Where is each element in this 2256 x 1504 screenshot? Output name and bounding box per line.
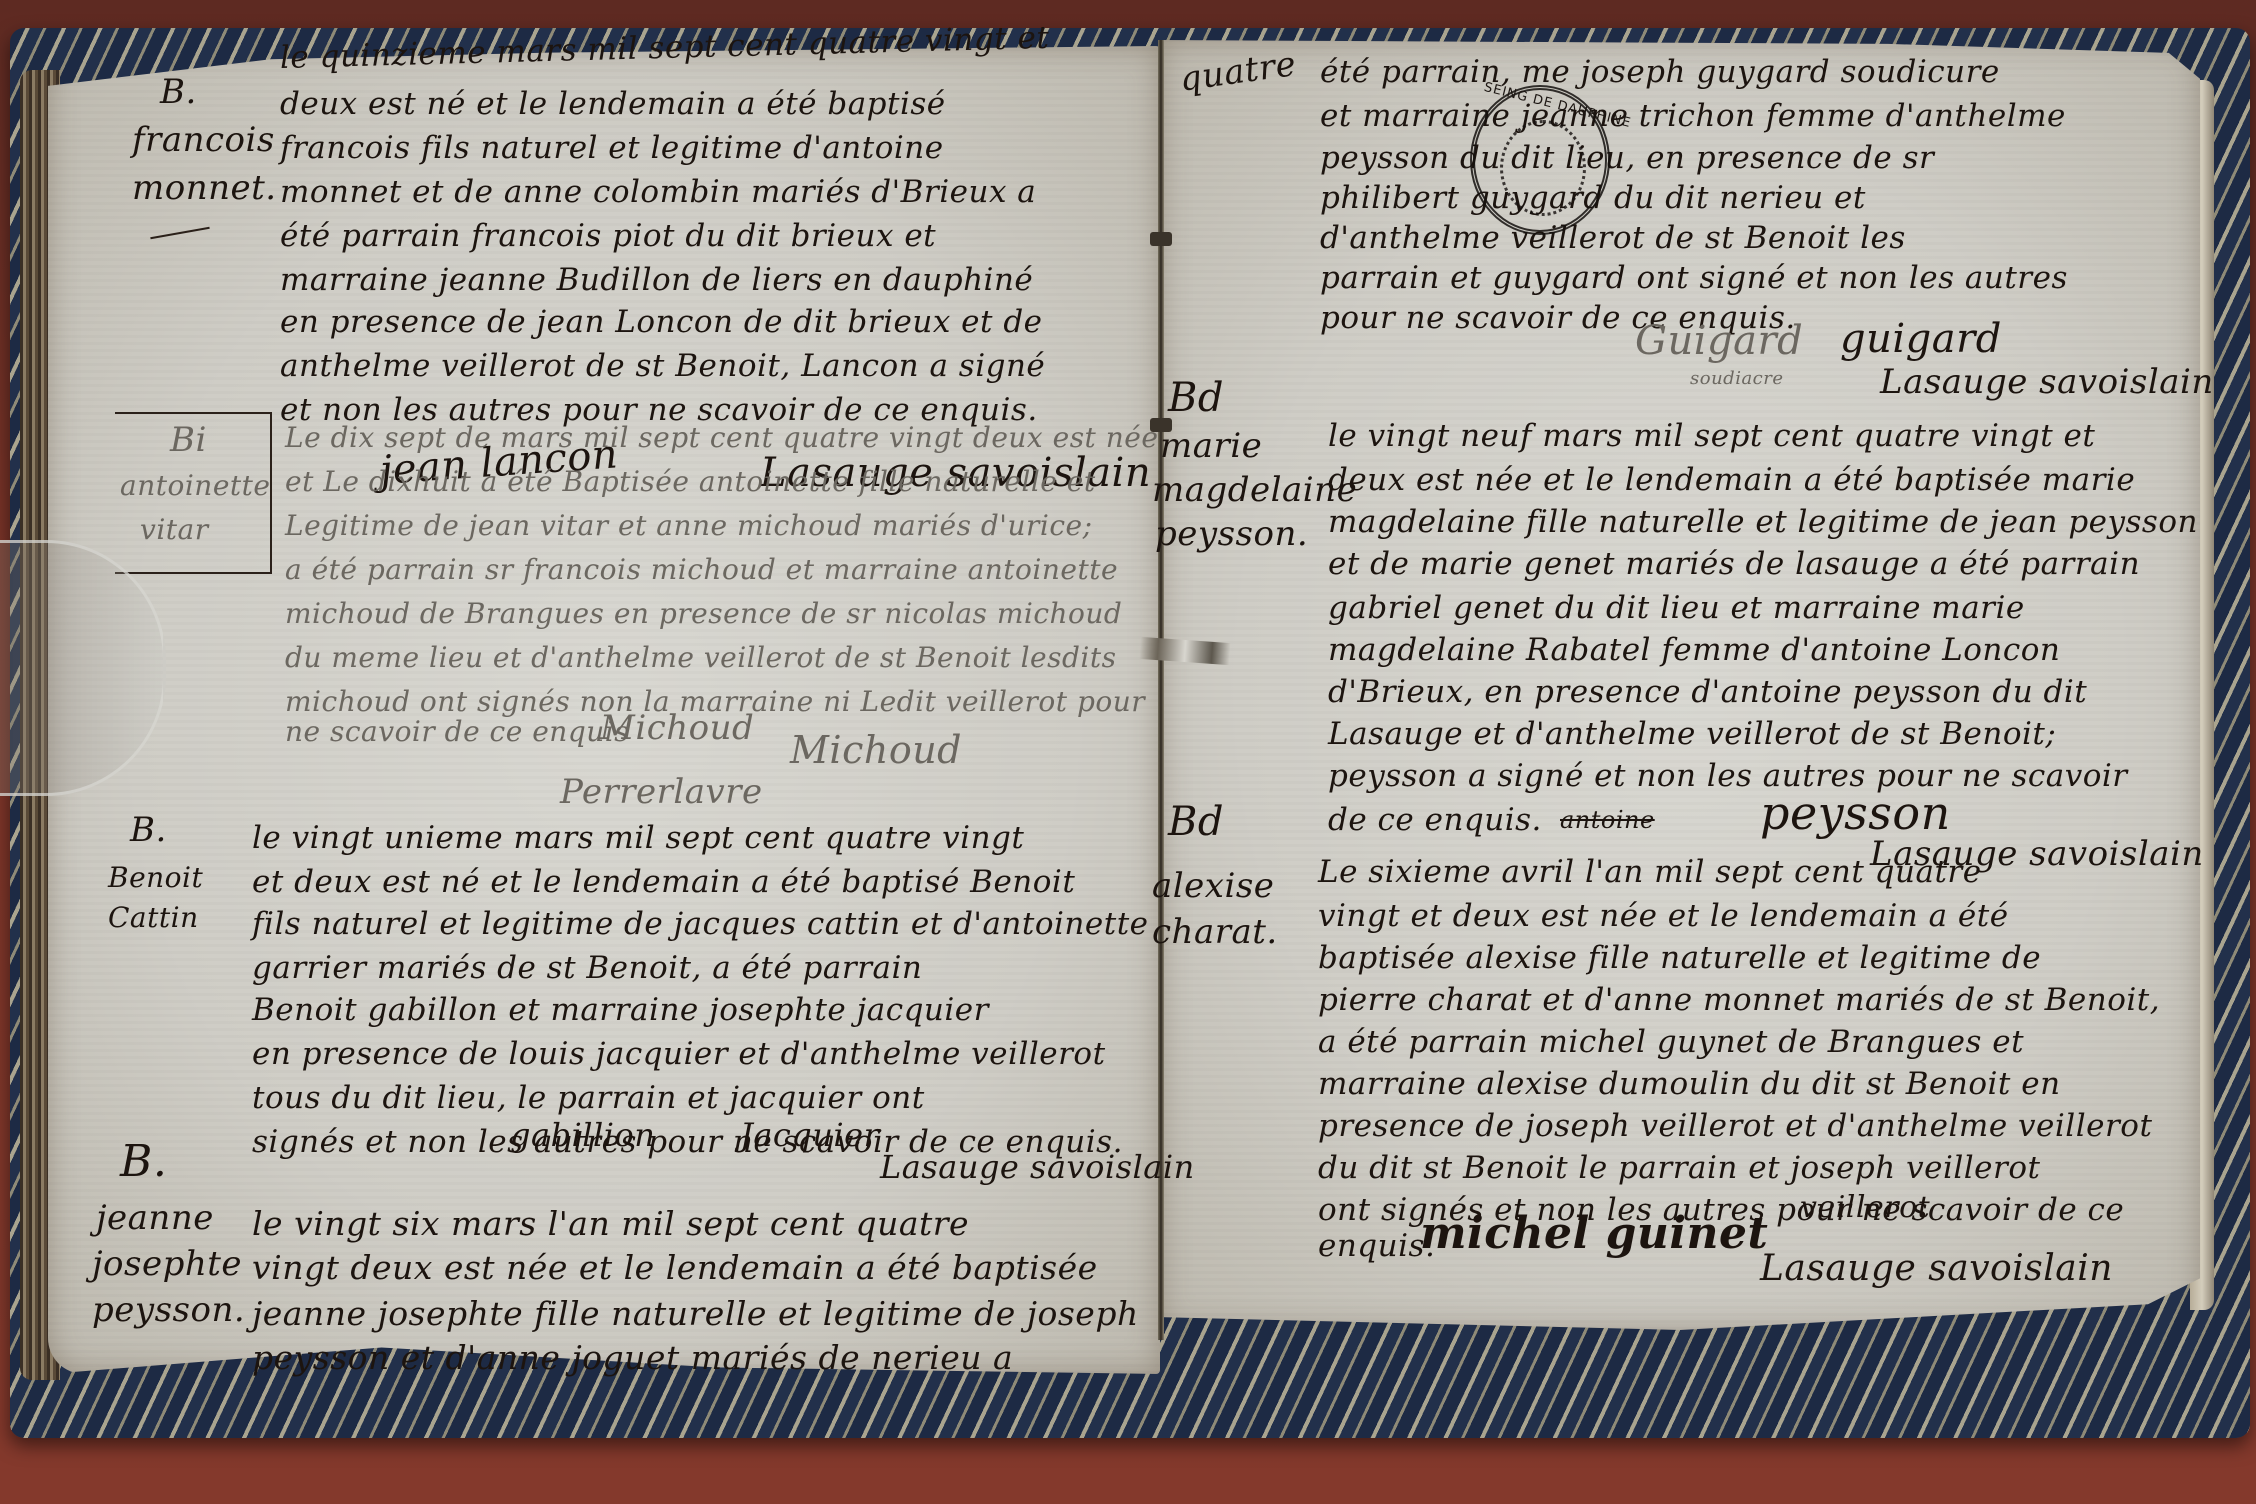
entry-line: et marraine jeanne trichon femme d'anthe… [1320, 92, 2066, 140]
entry-line: le vingt six mars l'an mil sept cent qua… [252, 1200, 969, 1248]
entry-line: garrier mariés de st Benoit, a été parra… [252, 944, 922, 992]
stamp-emblem [1500, 120, 1586, 216]
entry-line: francois fils naturel et legitime d'anto… [280, 124, 944, 172]
struck-word: antoine [1560, 796, 1655, 844]
entry-line: été parrain francois piot du dit brieux … [280, 212, 936, 260]
entry-line: baptisée alexise fille naturelle et legi… [1318, 934, 2041, 982]
signature: Michoud [600, 708, 754, 748]
entry-line: Lasauge et d'anthelme veillerot de st Be… [1328, 710, 2056, 758]
entry-line: peysson et d'anne joguet mariés de nerie… [252, 1334, 1013, 1382]
margin-note: peysson. [92, 1288, 245, 1332]
binding-stitch [1150, 232, 1172, 246]
entry-line: Le sixieme avril l'an mil sept cent quat… [1318, 848, 1982, 896]
signature: Lasauge savoislain [880, 1148, 1195, 1186]
entry-line: michoud de Brangues en presence de sr ni… [285, 590, 1122, 638]
entry-line: vingt et deux est née et le lendemain a … [1318, 892, 2009, 940]
entry-line: gabriel genet du dit lieu et marraine ma… [1328, 584, 2025, 632]
signature: guigard [1840, 316, 2002, 362]
entry-line: en presence de jean Loncon de dit brieux… [280, 298, 1043, 346]
entry-line: peysson a signé et non les autres pour n… [1328, 752, 2128, 800]
margin-note: B. [120, 1140, 167, 1184]
entry-line: a été parrain michel guynet de Brangues … [1318, 1018, 2024, 1066]
entry-line: marraine jeanne Budillon de liers en dau… [280, 256, 1033, 304]
margin-note: charat. [1152, 910, 1278, 954]
signature: Michoud [790, 728, 962, 772]
signature-title: soudiacre [1690, 368, 1784, 389]
entry-line: fils naturel et legitime de jacques catt… [252, 900, 1149, 948]
margin-note: Benoit [108, 856, 203, 900]
entry-line: deux est né et le lendemain a été baptis… [280, 80, 946, 128]
entry-line: pierre charat et d'anne monnet mariés de… [1318, 976, 2160, 1024]
margin-note: jeanne [96, 1196, 214, 1240]
entry-line: tous du dit lieu, le parrain et jacquier… [252, 1074, 925, 1122]
signature: Guigard [1635, 318, 1803, 364]
entry-line: presence de joseph veillerot et d'anthel… [1318, 1102, 2152, 1150]
margin-note: Bd [1168, 376, 1224, 420]
entry-line: de ce enquis. [1328, 796, 1542, 844]
signature: veillerot [1800, 1190, 1930, 1225]
entry-line: Le dix sept de mars mil sept cent quatre… [285, 414, 1158, 462]
entry-line: a été parrain sr francois michoud et mar… [285, 546, 1118, 594]
signature: Lasauge savoislain [1880, 362, 2214, 402]
entry-line: le vingt neuf mars mil sept cent quatre … [1328, 412, 2095, 460]
entry-line: le vingt unieme mars mil sept cent quatr… [252, 814, 1024, 862]
entry-line: monnet et de anne colombin mariés d'Brie… [280, 168, 1036, 216]
entry-line: enquis. [1318, 1222, 1435, 1270]
margin-note: antoinette [120, 464, 270, 508]
entry-line: et deux est né et le lendemain a été bap… [252, 858, 1075, 906]
margin-note: Bd [1168, 800, 1224, 844]
margin-note: alexise [1152, 864, 1274, 908]
entry-line: vingt deux est née et le lendemain a été… [252, 1244, 1098, 1292]
entry-line: d'Brieux, en presence d'antoine peysson … [1328, 668, 2087, 716]
margin-note: vitar [140, 508, 209, 552]
entry-line: Benoit gabillon et marraine josephte jac… [252, 986, 989, 1034]
margin-note: josephte [92, 1242, 242, 1286]
margin-note: marie [1160, 424, 1262, 468]
entry-line: été parrain, me joseph guygard soudicure [1320, 48, 2000, 96]
entry-line: jeanne josephte fille naturelle et legit… [252, 1290, 1139, 1338]
entry-line: et Le dixhuit a été Baptisée antoinette … [285, 458, 1096, 506]
margin-note: B. [130, 808, 167, 852]
signature: michel guinet [1420, 1208, 1768, 1259]
margin-note: magdelaine [1152, 468, 1357, 512]
entry-line: en presence de louis jacquier et d'anthe… [252, 1030, 1106, 1078]
signature: gabillion [510, 1116, 655, 1154]
margin-note: B. [160, 70, 197, 114]
signature: Jacquier [740, 1116, 879, 1154]
margin-note: francois [132, 118, 275, 162]
entry-line: Legitime de jean vitar et anne michoud m… [285, 502, 1093, 550]
entry-line: et de marie genet mariés de lasauge a ét… [1328, 540, 2140, 588]
entry-line: ne scavoir de ce enquis [285, 708, 629, 756]
entry-line: magdelaine Rabatel femme d'antoine Lonco… [1328, 626, 2060, 674]
entry-line: du dit st Benoit le parrain et joseph ve… [1318, 1144, 2040, 1192]
margin-note: monnet. [132, 166, 277, 210]
signature: Lasauge savoislain [1760, 1248, 2113, 1289]
entry-line: marraine alexise dumoulin du dit st Beno… [1318, 1060, 2061, 1108]
margin-note: peysson. [1155, 512, 1308, 556]
entry-line: deux est née et le lendemain a été bapti… [1328, 456, 2135, 504]
signature: peysson [1760, 786, 1951, 840]
entry-line: anthelme veillerot de st Benoit, Lancon … [280, 342, 1045, 390]
margin-note: Cattin [108, 896, 199, 940]
margin-note: Bi [170, 418, 207, 462]
entry-line: du meme lieu et d'anthelme veillerot de … [285, 634, 1117, 682]
signature: Perrerlavre [560, 772, 763, 812]
entry-line: magdelaine fille naturelle et legitime d… [1328, 498, 2198, 546]
